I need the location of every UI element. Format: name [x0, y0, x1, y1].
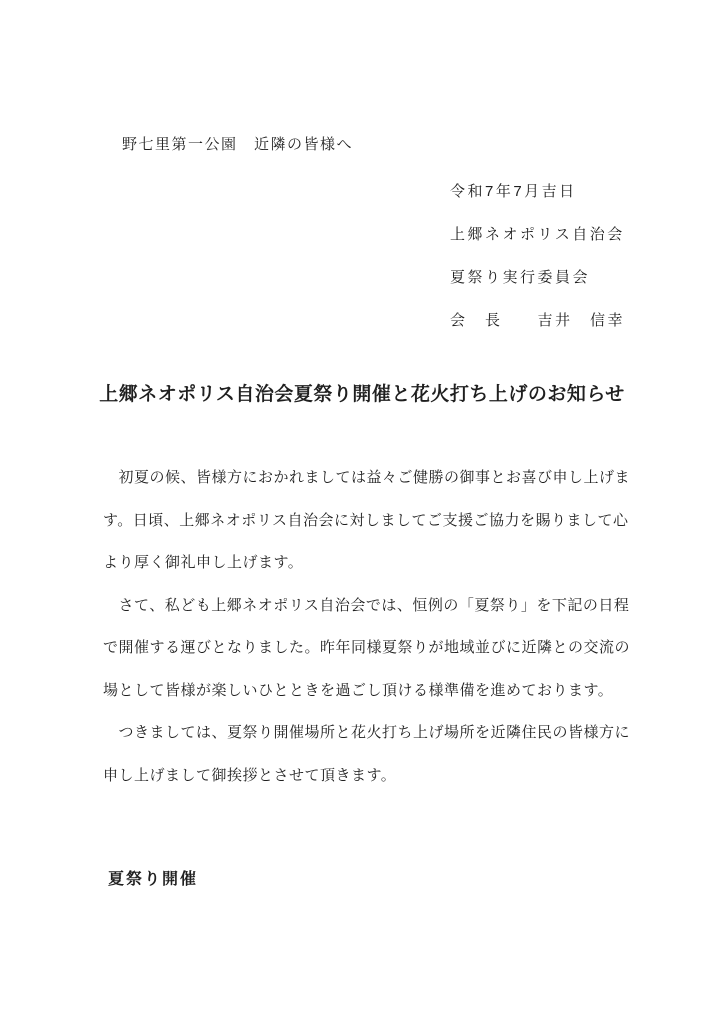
letter-body: 初夏の候、皆様方におかれましては益々ご健勝の御事とお喜び申し上げます。日頃、上郷…	[103, 457, 631, 797]
sender-organization: 上郷ネオポリス自治会	[450, 213, 625, 256]
body-paragraph-greeting: 初夏の候、皆様方におかれましては益々ご健勝の御事とお喜び申し上げます。日頃、上郷…	[103, 457, 631, 585]
scanned-letter-page: 野七里第一公園 近隣の皆様へ 令和7年7月吉日 上郷ネオポリス自治会 夏祭り実行…	[0, 0, 725, 1024]
body-paragraph-closing: つきましては、夏祭り開催場所と花火打ち上げ場所を近隣住民の皆様方に申し上げまして…	[103, 712, 631, 797]
letter-title: 上郷ネオポリス自治会夏祭り開催と花火打ち上げのお知らせ	[12, 379, 712, 406]
letter-date: 令和7年7月吉日	[450, 170, 625, 213]
sender-committee: 夏祭り実行委員会	[450, 256, 625, 299]
sender-block: 令和7年7月吉日 上郷ネオポリス自治会 夏祭り実行委員会 会 長 吉井 信幸	[450, 170, 625, 342]
recipient-line: 野七里第一公園 近隣の皆様へ	[122, 133, 353, 154]
body-paragraph-announcement: さて、私ども上郷ネオポリス自治会では、恒例の「夏祭り」を下記の日程で開催する運び…	[103, 585, 631, 713]
section-heading-festival: 夏祭り開催	[108, 866, 198, 889]
sender-chairman: 会 長 吉井 信幸	[450, 299, 625, 342]
